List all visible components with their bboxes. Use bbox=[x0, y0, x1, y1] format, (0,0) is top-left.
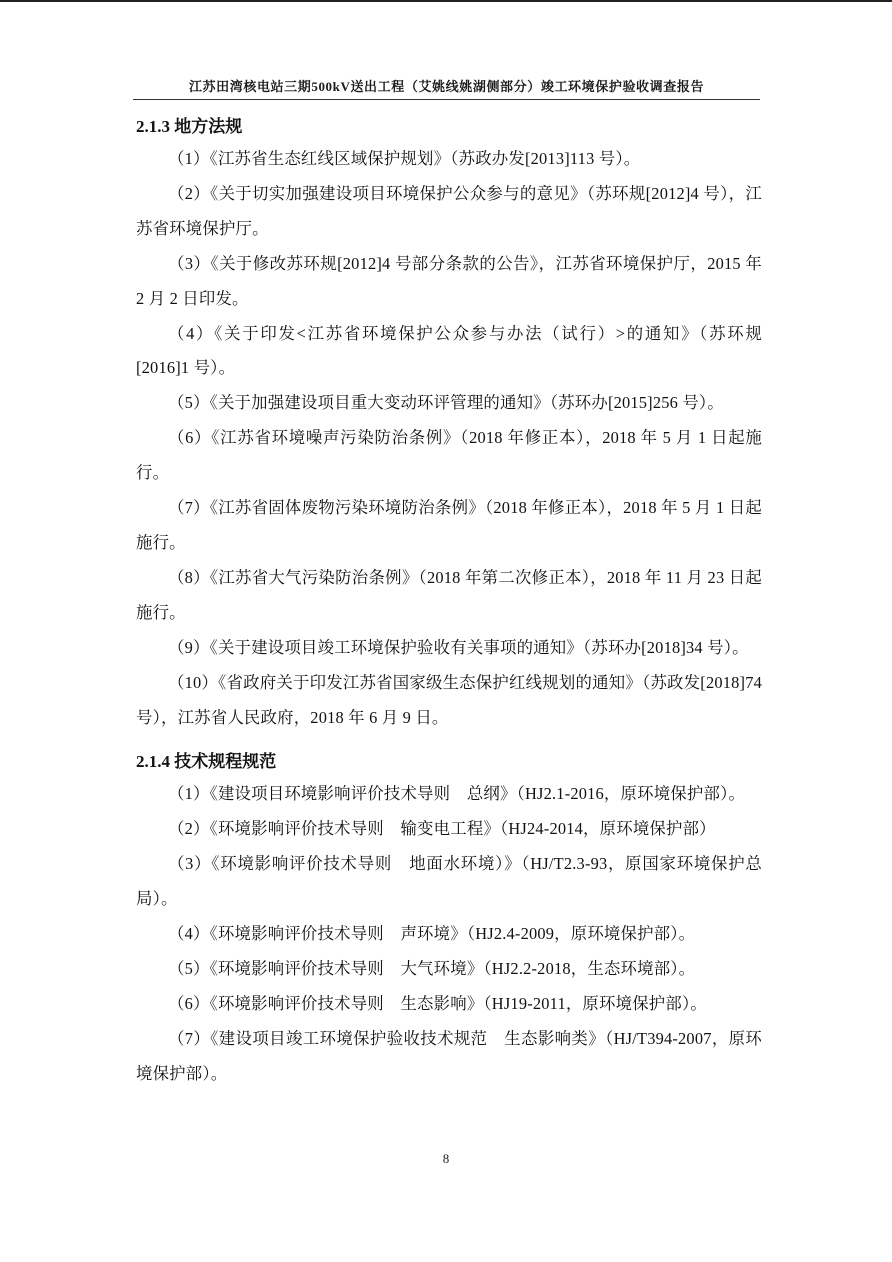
list-item: （5）《关于加强建设项目重大变动环评管理的通知》（苏环办[2015]256 号）… bbox=[136, 386, 762, 421]
list-item: （3）《环境影响评价技术导则 地面水环境）》（HJ/T2.3-93，原国家环境保… bbox=[136, 847, 762, 917]
list-item: （1）《建设项目环境影响评价技术导则 总纲》（HJ2.1-2016，原环境保护部… bbox=[136, 777, 762, 812]
page-top-border bbox=[0, 0, 892, 2]
document-body: 2.1.3 地方法规 （1）《江苏省生态红线区域保护规划》（苏政办发[2013]… bbox=[136, 112, 762, 1092]
page-number: 8 bbox=[436, 1151, 456, 1167]
list-item: （6）《江苏省环境噪声污染防治条例》（2018 年修正本），2018 年 5 月… bbox=[136, 421, 762, 491]
section-heading: 2.1.3 地方法规 bbox=[136, 113, 762, 141]
section-heading: 2.1.4 技术规程规范 bbox=[136, 748, 762, 776]
list-item: （2）《环境影响评价技术导则 输变电工程》（HJ24-2014，原环境保护部） bbox=[136, 812, 762, 847]
section-local-regulations: 2.1.3 地方法规 （1）《江苏省生态红线区域保护规划》（苏政办发[2013]… bbox=[136, 113, 762, 735]
header-rule bbox=[133, 99, 760, 100]
list-item: （7）《江苏省固体废物污染环境防治条例》（2018 年修正本），2018 年 5… bbox=[136, 491, 762, 561]
list-item: （4）《环境影响评价技术导则 声环境》（HJ2.4-2009，原环境保护部）。 bbox=[136, 917, 762, 952]
list-item: （1）《江苏省生态红线区域保护规划》（苏政办发[2013]113 号）。 bbox=[136, 142, 762, 177]
list-item: （3）《关于修改苏环规[2012]4 号部分条款的公告》，江苏省环境保护厅，20… bbox=[136, 247, 762, 317]
list-item: （4）《关于印发<江苏省环境保护公众参与办法（试行）>的通知》（苏环规[2016… bbox=[136, 317, 762, 387]
list-item: （5）《环境影响评价技术导则 大气环境》（HJ2.2-2018，生态环境部）。 bbox=[136, 952, 762, 987]
list-item: （9）《关于建设项目竣工环境保护验收有关事项的通知》（苏环办[2018]34 号… bbox=[136, 631, 762, 666]
section-technical-specifications: 2.1.4 技术规程规范 （1）《建设项目环境影响评价技术导则 总纲》（HJ2.… bbox=[136, 748, 762, 1091]
list-item: （8）《江苏省大气污染防治条例》（2018 年第二次修正本），2018 年 11… bbox=[136, 561, 762, 631]
list-item: （10）《省政府关于印发江苏省国家级生态保护红线规划的通知》（苏政发[2018]… bbox=[136, 666, 762, 736]
section-spacer bbox=[136, 735, 762, 747]
list-item: （6）《环境影响评价技术导则 生态影响》（HJ19-2011，原环境保护部）。 bbox=[136, 987, 762, 1022]
list-item: （2）《关于切实加强建设项目环境保护公众参与的意见》（苏环规[2012]4 号）… bbox=[136, 177, 762, 247]
running-header: 江苏田湾核电站三期500kV送出工程（艾姚线姚湖侧部分）竣工环境保护验收调查报告 bbox=[133, 76, 760, 95]
list-item: （7）《建设项目竣工环境保护验收技术规范 生态影响类》（HJ/T394-2007… bbox=[136, 1022, 762, 1092]
